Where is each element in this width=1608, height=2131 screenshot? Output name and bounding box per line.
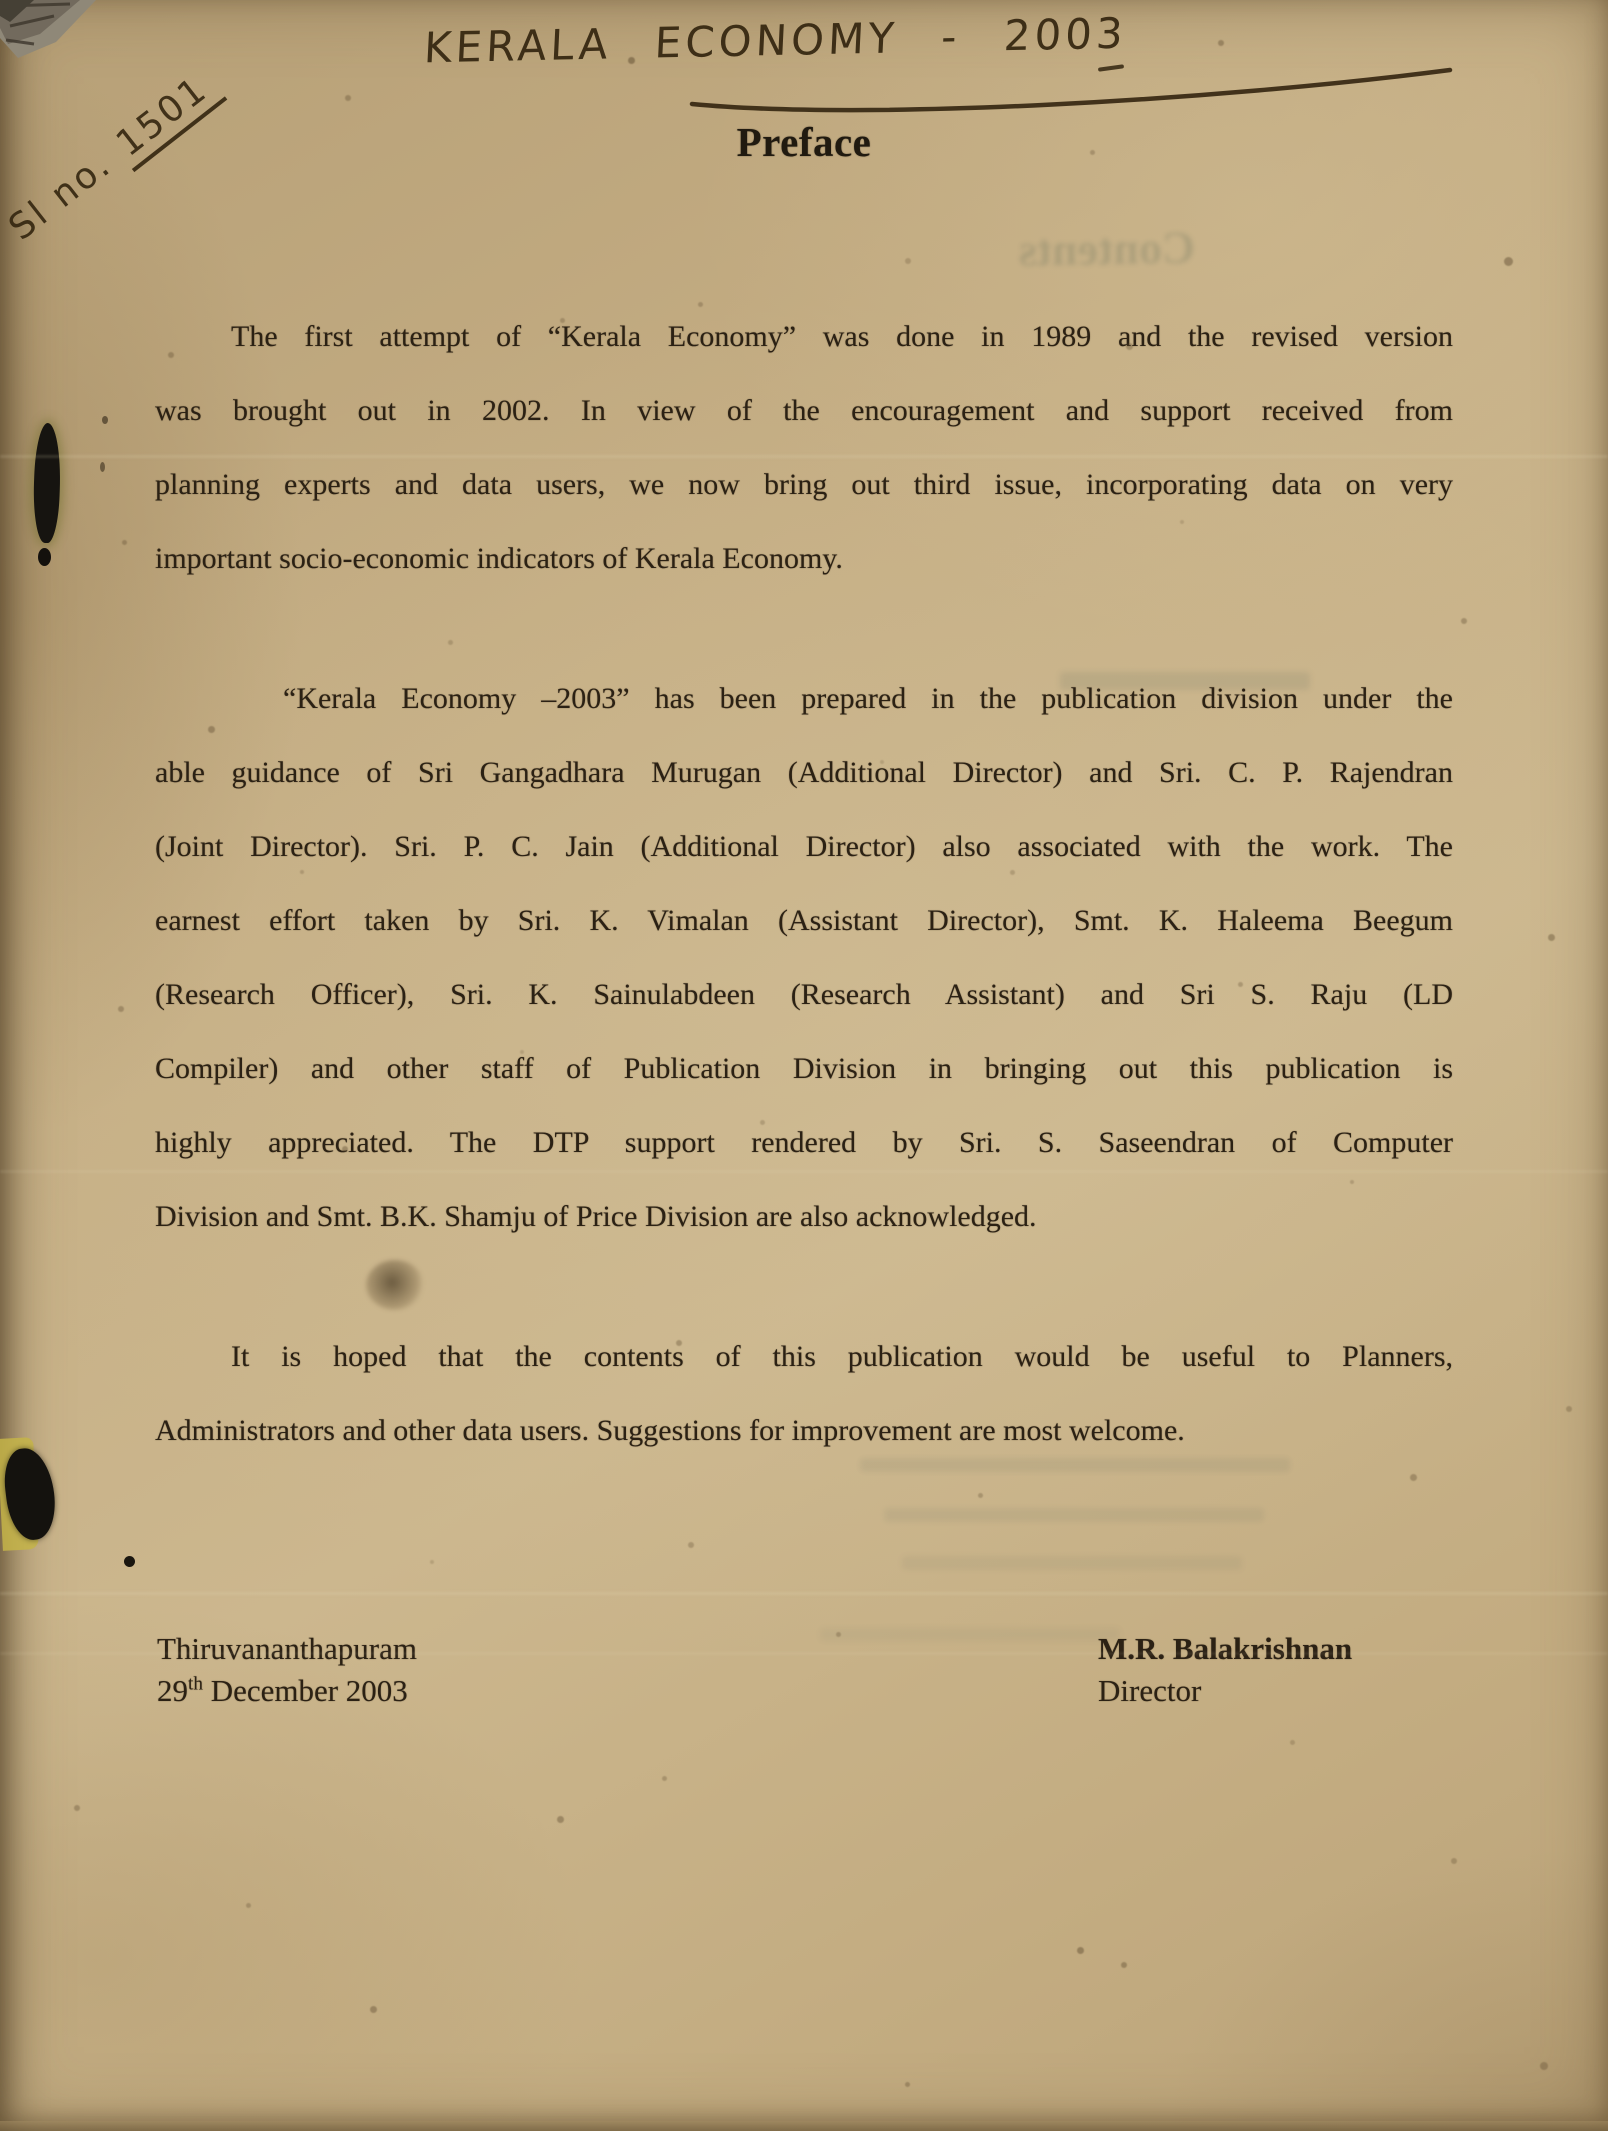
text-line: The first attempt of “Kerala Economy” wa… xyxy=(155,300,1453,374)
small-mark xyxy=(102,416,108,424)
paper-speck xyxy=(1504,257,1513,266)
signature-name: M.R. Balakrishnan xyxy=(1098,1628,1352,1670)
paper-speck xyxy=(557,1816,564,1823)
signature-title: Director xyxy=(1098,1670,1352,1712)
paper-speck xyxy=(688,1542,694,1548)
paper-speck xyxy=(1451,1858,1457,1864)
paragraph: The first attempt of “Kerala Economy” wa… xyxy=(155,300,1453,596)
paper-speck xyxy=(1461,618,1467,624)
paper-speck xyxy=(118,1006,124,1012)
paper-speck xyxy=(1290,1740,1295,1745)
text-line: highly appreciated. The DTP support rend… xyxy=(155,1106,1453,1180)
paper-speck xyxy=(1548,934,1555,941)
paper-speck xyxy=(1121,1962,1127,1968)
document-body: The first attempt of “Kerala Economy” wa… xyxy=(155,300,1453,1534)
date-ordinal-suffix: th xyxy=(188,1674,203,1695)
ink-dot xyxy=(124,1556,135,1567)
paragraph: It is hoped that the contents of this pu… xyxy=(155,1320,1453,1468)
text-line: planning experts and data users, we now … xyxy=(155,448,1453,522)
paper-crease xyxy=(0,1592,1608,1595)
text-line: important socio-economic indicators of K… xyxy=(155,522,1453,596)
paper-speck xyxy=(836,1632,841,1637)
ink-dot-left-edge xyxy=(38,548,51,566)
text-line: Compiler) and other staff of Publication… xyxy=(155,1032,1453,1106)
text-line: Division and Smt. B.K. Shamju of Price D… xyxy=(155,1180,1453,1254)
bleed-through-text: Contents xyxy=(952,219,1263,277)
text-line: It is hoped that the contents of this pu… xyxy=(155,1320,1453,1394)
text-line: was brought out in 2002. In view of the … xyxy=(155,374,1453,448)
small-mark xyxy=(100,462,105,472)
document-page: Sl no. 1501 KERALA ECONOMY - 2003 Conten… xyxy=(0,0,1608,2131)
ink-blot-left-edge xyxy=(32,423,62,544)
signature-date: 29th December 2003 xyxy=(157,1670,417,1712)
paper-speck xyxy=(662,1776,667,1781)
paper-speck xyxy=(905,2082,910,2087)
ink-blot-lower-left xyxy=(1,1445,60,1542)
paper-speck xyxy=(345,95,351,101)
paper-speck xyxy=(1566,1406,1572,1412)
tape-remnant xyxy=(0,1437,39,1551)
torn-corner-decoration xyxy=(0,0,110,70)
handwritten-underline-swoosh xyxy=(678,58,1468,120)
paper-speck xyxy=(1218,40,1224,46)
paper-speck xyxy=(905,258,911,264)
text-line: earnest effort taken by Sri. K. Vimalan … xyxy=(155,884,1453,958)
page-title: Preface xyxy=(155,118,1453,166)
paper-speck xyxy=(430,1560,434,1564)
text-line: (Joint Director). Sri. P. C. Jain (Addit… xyxy=(155,810,1453,884)
serial-prefix: Sl no. xyxy=(1,144,119,249)
bleed-through-bar xyxy=(902,1556,1242,1570)
paper-speck xyxy=(1540,2062,1548,2070)
signature-block-right: M.R. Balakrishnan Director xyxy=(1098,1628,1352,1712)
text-line: (Research Officer), Sri. K. Sainulabdeen… xyxy=(155,958,1453,1032)
paper-speck xyxy=(1077,1947,1084,1954)
bleed-through-bar xyxy=(820,1628,1120,1641)
text-line: able guidance of Sri Gangadhara Murugan … xyxy=(155,736,1453,810)
text-line: “Kerala Economy –2003” has been prepared… xyxy=(155,662,1453,736)
paper-speck xyxy=(370,2006,377,2013)
paper-speck xyxy=(74,1805,80,1811)
signature-block-left: Thiruvananthapuram 29th December 2003 xyxy=(157,1628,417,1712)
paper-speck xyxy=(122,540,127,545)
paper-speck xyxy=(246,1903,251,1908)
text-line: Administrators and other data users. Sug… xyxy=(155,1394,1453,1468)
page-bottom-edge-shadow xyxy=(0,2121,1608,2131)
paragraph: “Kerala Economy –2003” has been prepared… xyxy=(155,662,1453,1254)
signature-place: Thiruvananthapuram xyxy=(157,1628,417,1670)
